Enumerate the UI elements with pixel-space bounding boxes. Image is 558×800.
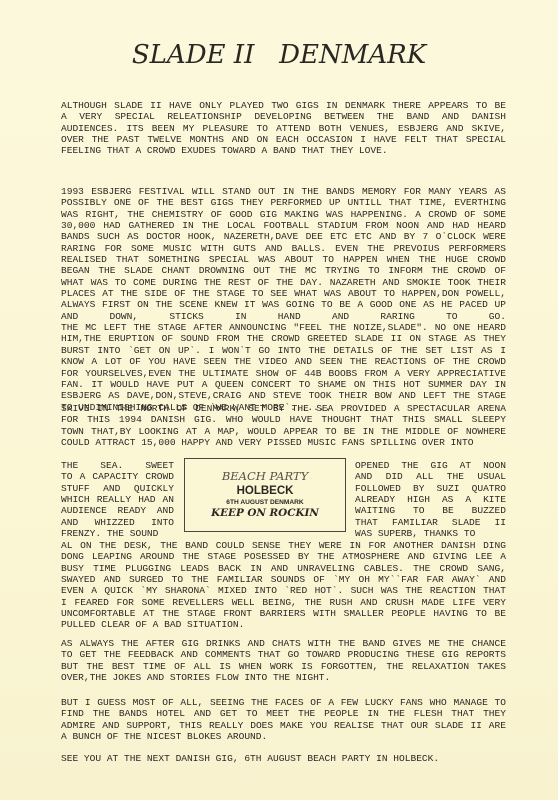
text-line: SWAYED AND SURGED TO THE FAMILIAR SOUNDS… [61, 574, 506, 585]
paragraph-closing: SEE YOU AT THE NEXT DANISH GIG, 6TH AUGU… [61, 753, 506, 764]
text-line: FIND THE BANDS HOTEL AND GET TO MEET THE… [61, 708, 506, 719]
paragraph-skive-left-column: THE SEA. SWEETTO A CAPACITY CROWDSTUFF A… [61, 460, 174, 539]
text-line: AUDIENCE READY AND [61, 505, 174, 516]
text-line: PULLED CLEAR OF A BAD SITUATION. [61, 619, 506, 630]
text-line: BUT THE BEST TIME OF ALL IS WHEN WORK IS… [61, 661, 506, 672]
text-line: ALREADY HIGH AS A KITE [355, 494, 506, 505]
text-line: BUSY TIME PLUGGING LEADS BACK IN AND UNR… [61, 563, 506, 574]
text-line: AND DID ALL THE USUAL [355, 471, 506, 482]
text-line: TOWN THAT,BY LOOKING AT A MAP, WOULD APP… [61, 426, 506, 437]
paragraph-skive-bottom: AL ON THE DESK, THE BAND COULD SENSE THE… [61, 540, 506, 631]
text-line: THE MC LEFT THE STAGE AFTER ANNOUNCING "… [61, 322, 506, 333]
text-line: WAITING TO BE BUZZED [355, 505, 506, 516]
text-line: 30,000 HAD GATHERED IN THE LOCAL FOOTBAL… [61, 220, 506, 231]
text-line: THE SEA. SWEET [61, 460, 174, 471]
text-line: STUFF AND QUICKLY [61, 483, 174, 494]
text-line: ESBJERG AS DAVE,DON,STEVE,CRAIG AND STEV… [61, 390, 506, 401]
text-line: WHAT WAS TO COME DURING THE REST OF THE … [61, 277, 506, 288]
text-line: AUDIENCES. ITS BEEN MY PLEASURE TO ATTEN… [61, 123, 506, 134]
advert-slogan: KEEP ON ROCKIN [185, 507, 345, 519]
text-line: AL ON THE DESK, THE BAND COULD SENSE THE… [61, 540, 506, 551]
text-line: BUT I GUESS MOST OF ALL, SEEING THE FACE… [61, 697, 506, 708]
text-line: COULD ATTRACT 15,000 HAPPY AND VERY PISS… [61, 437, 506, 448]
text-line: OVER THE PAST TWELVE MONTHS AND ON EACH … [61, 134, 506, 145]
advert-town: HOLBECK [185, 485, 345, 497]
text-line: TO GET THE FEEDBACK AND COMMENTS THAT GO… [61, 649, 506, 660]
text-line: SEE YOU AT THE NEXT DANISH GIG, 6TH AUGU… [61, 753, 506, 764]
text-line: A VERY SPECIAL RELEATIONSHIP DEVELOPING … [61, 111, 506, 122]
text-line: WAS RIGHT, THE CHEMISTRY OF GOOD GIG MAK… [61, 209, 506, 220]
text-line: FEELING THAT A CROWD EXUDES TOWARD A BAN… [61, 145, 506, 156]
text-line: WAS SUPERB, THANKS TO [355, 528, 506, 539]
text-line: ALWAYS FIRST ON THE SCENE KNEW IT WAS GO… [61, 299, 506, 310]
paragraph-after-gig: AS ALWAYS THE AFTER GIG DRINKS AND CHATS… [61, 638, 506, 683]
text-line: BEGAN THE SLADE CHANT DROWNING OUT THE M… [61, 265, 506, 276]
text-line: POSSIBLY ONE OF THE BEST GIGS THEY PERFO… [61, 197, 506, 208]
text-line: AND WHIZZED INTO [61, 517, 174, 528]
text-line: FOR THIS 1994 DANISH GIG. WHO WOULD HAVE… [61, 414, 506, 425]
text-line: DONG LEAPING AROUND THE STAGE POSESSED B… [61, 551, 506, 562]
advert-date: 6TH AUGUST DENMARK [185, 499, 345, 506]
text-line: KNOW A LOT OF YOU HAVE SEEN THE VIDEO AN… [61, 356, 506, 367]
text-line: FRENZY. THE SOUND [61, 528, 174, 539]
text-line: REALISED THAT SOMETHING SPECIAL WAS ABOU… [61, 254, 506, 265]
text-line: AS ALWAYS THE AFTER GIG DRINKS AND CHATS… [61, 638, 506, 649]
text-line: TO A CAPACITY CROWD [61, 471, 174, 482]
text-line: I FEARED FOR SOME REVELLERS WELL BEING, … [61, 597, 506, 608]
document-page: SLADE II DENMARK ALTHOUGH SLADE II HAVE … [0, 0, 558, 800]
text-line: FOR YOURSELVES,EVEN THE ULTIMATE SHOW OF… [61, 368, 506, 379]
page-title: SLADE II DENMARK [0, 40, 558, 70]
text-line: BURST INTO `GET ON UP`. I WON`T GO INTO … [61, 345, 506, 356]
text-line: A BUNCH OF THE NICEST BLOKES AROUND. [61, 731, 506, 742]
text-line: WHICH REALLY HAD AN [61, 494, 174, 505]
text-line: OPENED THE GIG AT NOON [355, 460, 506, 471]
text-line: FOLLOWED BY SUZI QUATRO [355, 483, 506, 494]
text-line: UNCOMFORTABLE AT THE STAGE FRONT BARRIER… [61, 608, 506, 619]
text-line: THAT FAMILIAR SLADE II [355, 517, 506, 528]
text-line: SKIVE IN THE NORTH OF DENMARK, SET BY TH… [61, 403, 506, 414]
text-line: FAN. IT WOULD HAVE PUT A QUEEN CONCERT T… [61, 379, 506, 390]
text-line: AND DOWN, STICKS IN HAND AND RARING TO G… [61, 311, 506, 322]
text-line: PLACES AT THE SIDE OF THE STAGE TO SEE W… [61, 288, 506, 299]
advert-title: BEACH PARTY [185, 469, 345, 483]
text-line: OVER,THE JOKES AND STORIES FLOW INTO THE… [61, 672, 506, 683]
paragraph-fans: BUT I GUESS MOST OF ALL, SEEING THE FACE… [61, 697, 506, 742]
text-line: HIM,THE ERUPTION OF SOUND FROM THE CROWD… [61, 333, 506, 344]
text-line: RARING FOR SOME MUSIC WITH GUTS AND BALL… [61, 243, 506, 254]
text-line: ALTHOUGH SLADE II HAVE ONLY PLAYED TWO G… [61, 100, 506, 111]
text-line: EVEN A QUICK `MY SHARONA` MIXED INTO `RE… [61, 585, 506, 596]
text-line: BANDS SUCH AS DOCTOR HOOK, NAZERETH,DAVE… [61, 231, 506, 242]
beach-party-advert: BEACH PARTY HOLBECK 6TH AUGUST DENMARK K… [184, 458, 346, 532]
paragraph-skive-right-column: OPENED THE GIG AT NOONAND DID ALL THE US… [355, 460, 506, 539]
text-line: ADMIRE AND SUPPORT, THIS REALLY DOES MAK… [61, 720, 506, 731]
text-line: 1993 ESBJERG FESTIVAL WILL STAND OUT IN … [61, 186, 506, 197]
paragraph-esbjerg: 1993 ESBJERG FESTIVAL WILL STAND OUT IN … [61, 186, 506, 413]
paragraph-intro: ALTHOUGH SLADE II HAVE ONLY PLAYED TWO G… [61, 100, 506, 157]
paragraph-skive-top: SKIVE IN THE NORTH OF DENMARK, SET BY TH… [61, 403, 506, 448]
